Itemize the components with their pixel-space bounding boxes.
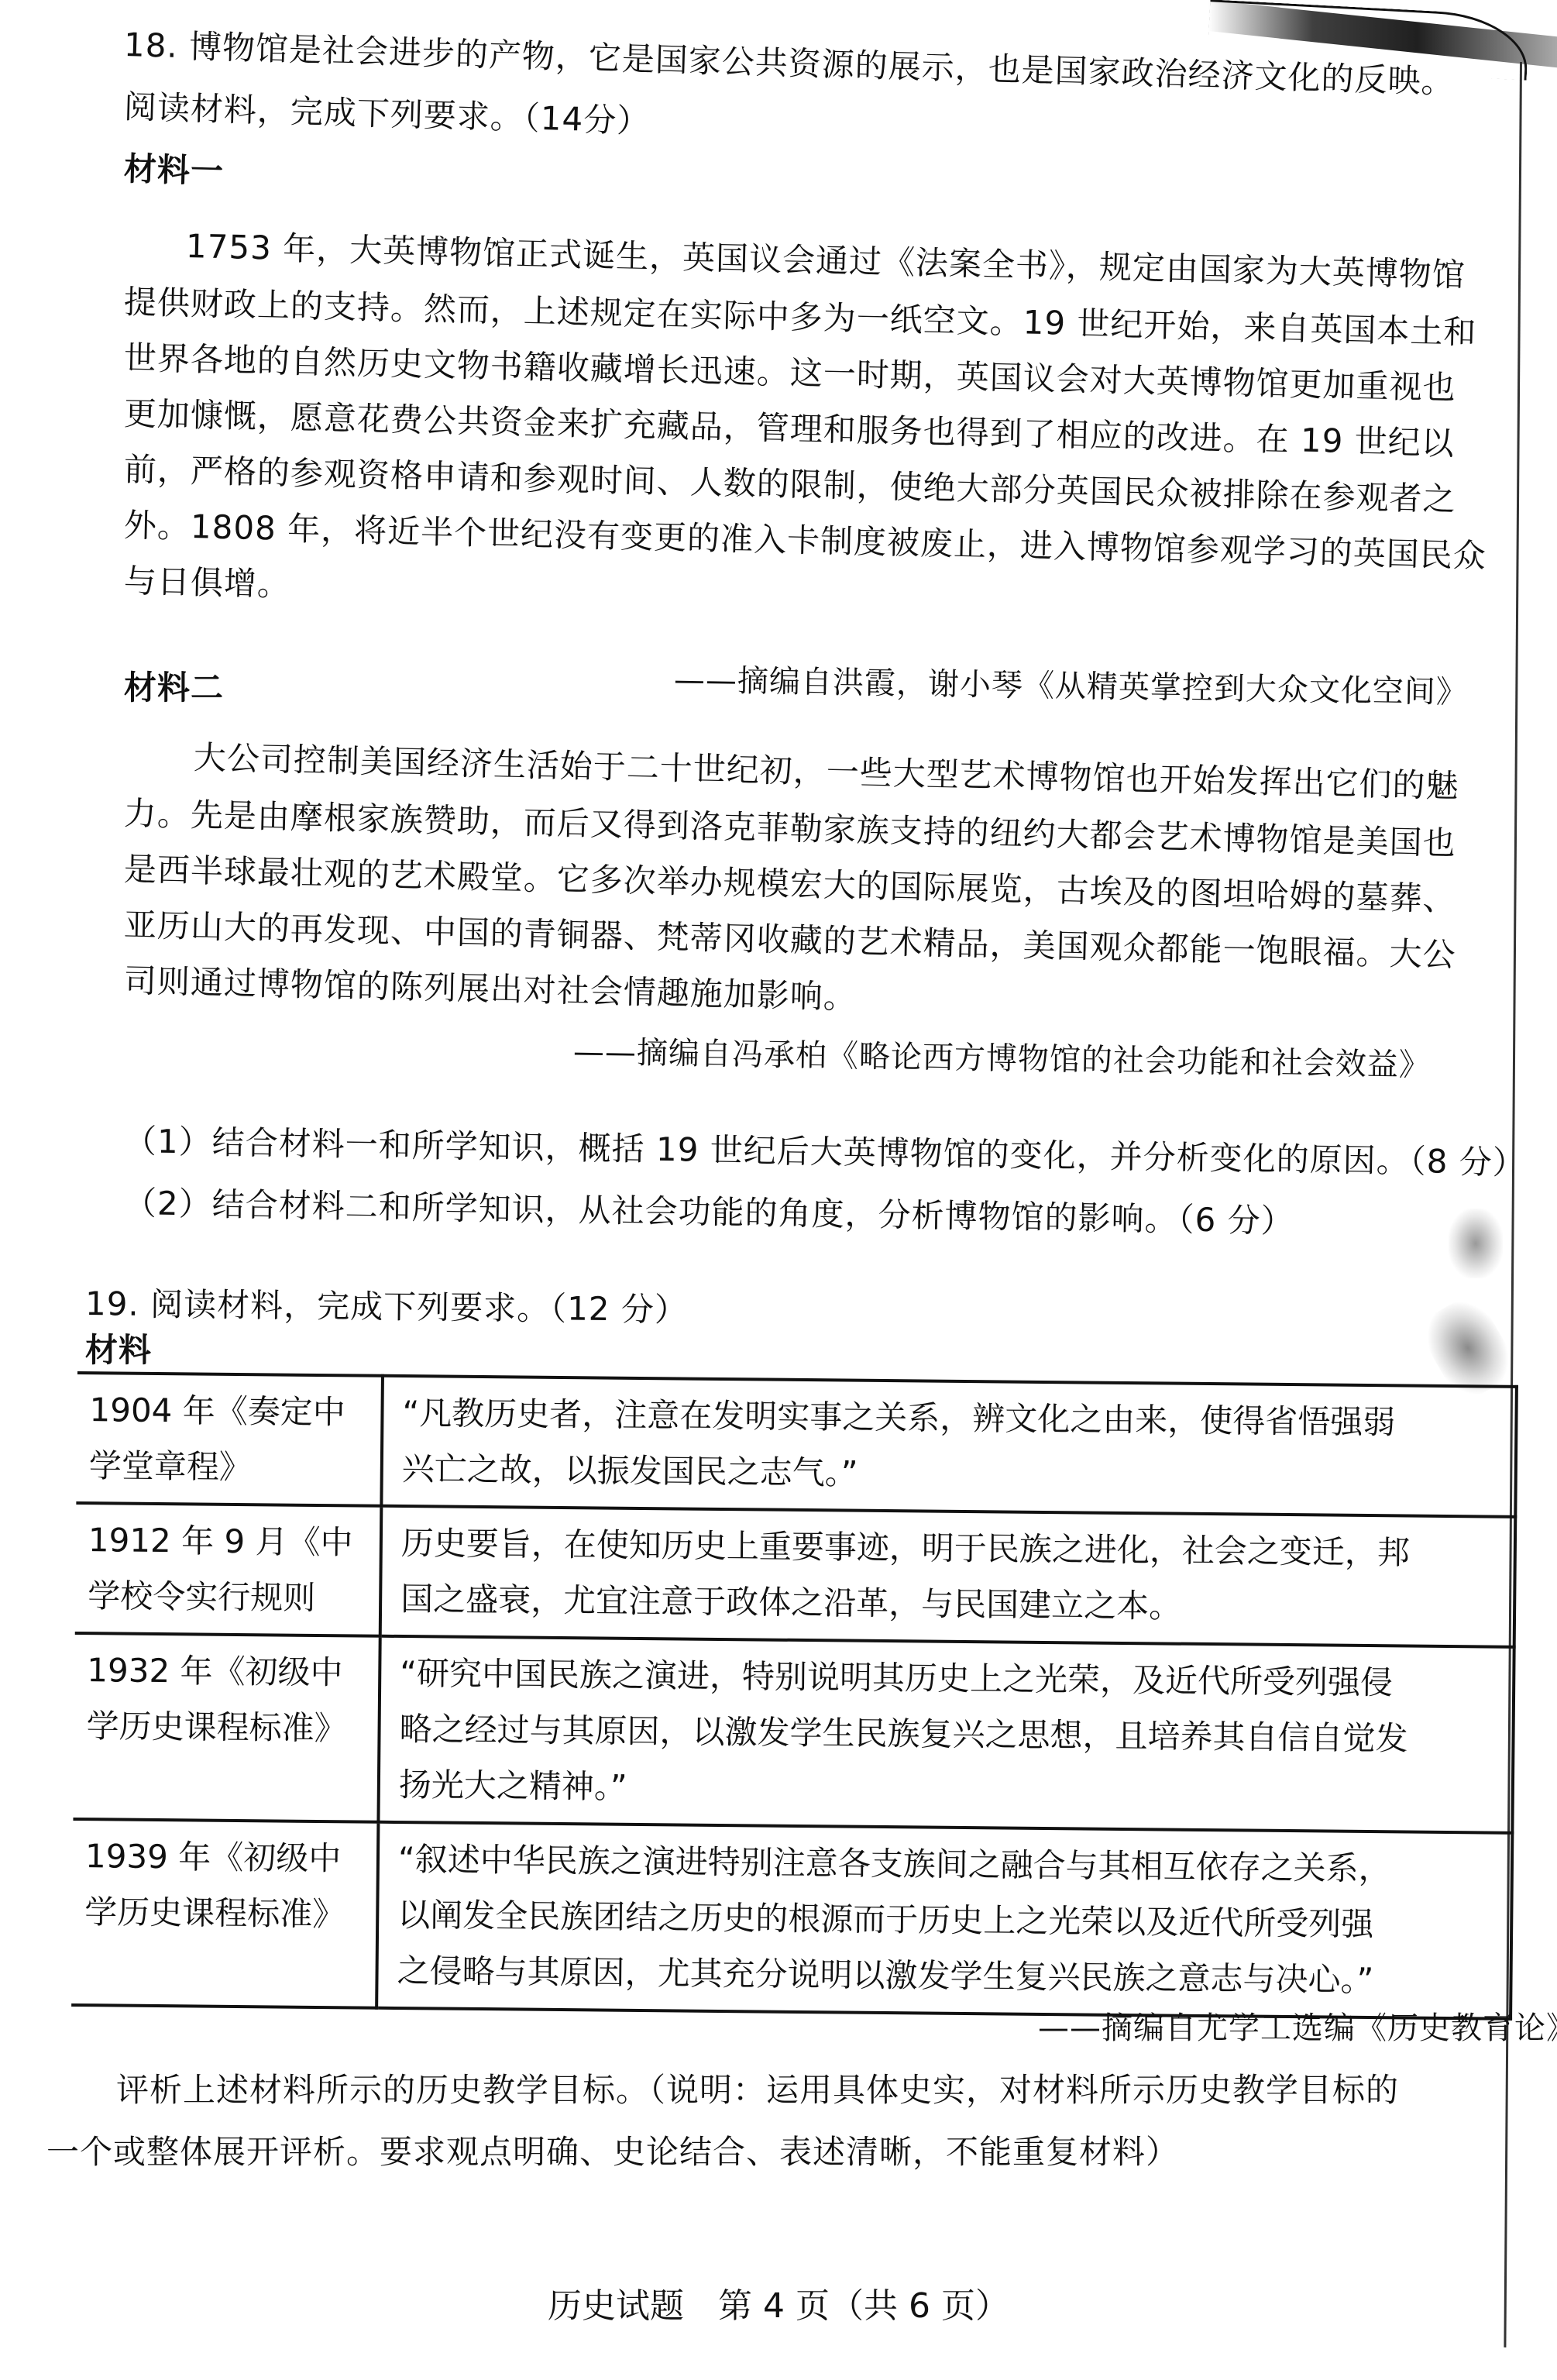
quote-line: 以阐发全民族团结之历史的根源而于历史上之光荣以及近代所受列强: [397, 1887, 1498, 1954]
q19-title: 19. 阅读材料，完成下列要求。（12 分）: [85, 1282, 688, 1332]
quote-line: 略之经过与其原因，以激发学生民族复兴之思想，且培养其自信自觉发: [399, 1701, 1500, 1768]
quote-line: 兴亡之故，以振发国民之志气。”: [401, 1441, 1502, 1508]
material2-source: ——摘编自冯承柏《略论西方博物馆的社会功能和社会效益》: [573, 1030, 1432, 1087]
source-line: 1904 年《奏定中: [89, 1382, 369, 1440]
table-cell-source: 1932 年《初级中 学历史课程标准》: [73, 1633, 380, 1822]
q18-question-2: （2）结合材料二和所学知识，从社会功能的角度，分析博物馆的影响。（6 分）: [124, 1181, 1294, 1243]
exam-page: 18. 博物馆是社会进步的产物，它是国家公共资源的展示，也是国家政治经济文化的反…: [0, 0, 1557, 2380]
source-line: 学历史课程标准》: [86, 1698, 366, 1756]
table-cell-source: 1939 年《初级中 学历史课程标准》: [71, 1819, 378, 2008]
table-cell-quote: 历史要旨，在使知历史上重要事迹，明于民族之进化，社会之变迁，邦 国之盛衰，尤宜注…: [380, 1506, 1516, 1647]
quote-line: 扬光大之精神。”: [399, 1757, 1500, 1824]
table-cell-quote: “凡教历史者，注意在发明实事之关系，辨文化之由来，使得省悟强弱 兴亡之故，以振发…: [381, 1376, 1517, 1517]
q19-prompt-line: 一个或整体展开评析。要求观点明确、史论结合、表述清晰，不能重复材料）: [46, 2131, 1179, 2174]
source-line: 1912 年 9 月《中: [88, 1512, 368, 1570]
table-row: 1932 年《初级中 学历史课程标准》 “研究中国民族之演进，特别说明其历史上之…: [73, 1633, 1514, 1833]
table-cell-source: 1904 年《奏定中 学堂章程》: [76, 1373, 383, 1506]
q19-prompt-line: 评析上述材料所示的历史教学目标。（说明：运用具体史实，对材料所示历史教学目标的: [116, 2069, 1399, 2112]
source-line: 学校令实行规则: [88, 1568, 367, 1626]
material2-line: 司则通过博物馆的陈列展出对社会情趣施加影响。: [123, 959, 857, 1019]
material1-source: ——摘编自洪霞，谢小琴《从精英掌控到大众文化空间》: [674, 659, 1469, 714]
q19-material-table: 1904 年《奏定中 学堂章程》 “凡教历史者，注意在发明实事之关系，辨文化之由…: [71, 1371, 1518, 2021]
source-line: 学历史课程标准》: [84, 1884, 364, 1942]
source-line: 1932 年《初级中: [87, 1642, 366, 1701]
table-cell-source: 1912 年 9 月《中 学校令实行规则: [75, 1503, 382, 1636]
quote-line: 之侵略与其原因，尤其充分说明以激发学生复兴民族之意志与决心。”: [397, 1943, 1497, 2010]
quote-line: 历史要旨，在使知历史上重要事迹，明于民族之进化，社会之变迁，邦: [401, 1515, 1502, 1582]
table-cell-quote: “研究中国民族之演进，特别说明其历史上之光荣，及近代所受列强侵 略之经过与其原因…: [378, 1636, 1514, 1833]
q19-source: ——摘编自尤学工选编《历史教育论》等: [1038, 2007, 1557, 2050]
table-row: 1939 年《初级中 学历史课程标准》 “叙述中华民族之演进特别注意各支族间之融…: [71, 1819, 1512, 2019]
table-cell-quote: “叙述中华民族之演进特别注意各支族间之融合与其相互依存之关系， 以阐发全民族团结…: [376, 1822, 1512, 2019]
table-row: 1912 年 9 月《中 学校令实行规则 历史要旨，在使知历史上重要事迹，明于民…: [75, 1503, 1516, 1647]
source-line: 学堂章程》: [88, 1438, 368, 1496]
page-footer: 历史试题 第 4 页（共 6 页）: [0, 2278, 1557, 2327]
q18-material1-label: 材料一: [123, 147, 225, 194]
q18-question-1: （1）结合材料一和所学知识，概括 19 世纪后大英博物馆的变化，并分析变化的原因…: [124, 1119, 1527, 1185]
q19-material-label: 材料: [85, 1329, 152, 1372]
quote-line: “凡教历史者，注意在发明实事之关系，辨文化之由来，使得省悟强弱: [402, 1385, 1503, 1452]
q18-material2-label: 材料二: [124, 666, 224, 710]
quote-line: 国之盛衰，尤宜注意于政体之沿革，与民国建立之本。: [400, 1571, 1501, 1638]
material1-line: 与日俱增。: [123, 559, 290, 607]
quote-line: “叙述中华民族之演进特别注意各支族间之融合与其相互依存之关系，: [398, 1831, 1499, 1898]
table-row: 1904 年《奏定中 学堂章程》 “凡教历史者，注意在发明实事之关系，辨文化之由…: [76, 1373, 1517, 1517]
quote-line: “研究中国民族之演进，特别说明其历史上之光荣，及近代所受列强侵: [400, 1646, 1500, 1712]
q18-instruction: 阅读材料，完成下列要求。（14分）: [123, 85, 651, 143]
source-line: 1939 年《初级中: [85, 1828, 365, 1886]
